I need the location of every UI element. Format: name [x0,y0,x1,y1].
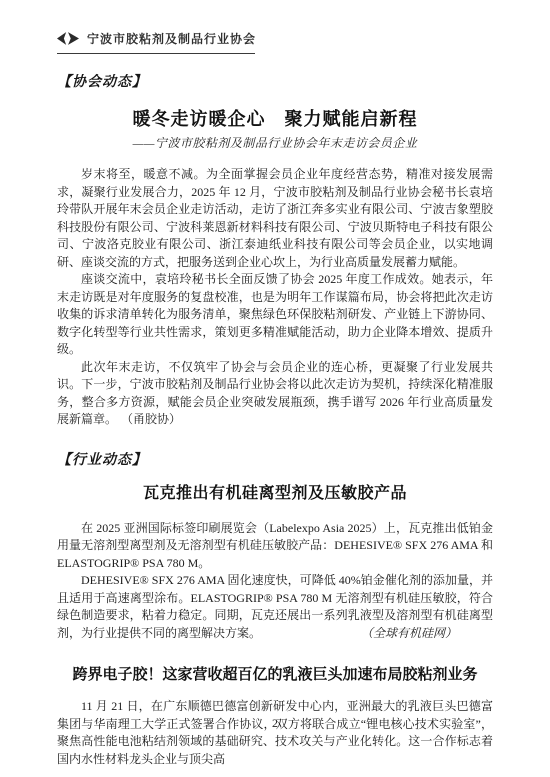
article2-attribution: （全球有机硅网） [361,625,457,643]
article1-paragraph-2: 座谈交流中，袁培玲秘书长全面反馈了协会 2025 年度工作成效。她表示，年末走访… [57,271,493,359]
article3-body: 11 月 21 日，在广东顺德巴德富创新研发中心内，亚洲最大的乳液巨头巴德富集团… [57,698,493,768]
header-masthead: 宁波市胶粘剂及制品行业协会 [57,30,255,54]
article1-subtitle: ——宁波市胶粘剂及制品行业协会年末走访会员企业 [57,135,493,151]
article1-title: 暖冬走访暖企心 聚力赋能启新程 [57,107,493,131]
section-marker-industry-news: 【行业动态】 [57,449,493,469]
article2-paragraph-2: DEHESIVE® SFX 276 AMA 固化速度快，可降低 40%铂金催化剂… [57,572,493,642]
newsletter-page: 宁波市胶粘剂及制品行业协会 【协会动态】 暖冬走访暖企心 聚力赋能启新程 ——宁… [0,0,550,768]
article3-title: 跨界电子胶！这家营收超百亿的乳液巨头加速布局胶粘剂业务 [57,664,493,686]
article1-attribution: （甬胶协） [127,412,181,426]
article2-title: 瓦克推出有机硅离型剂及压敏胶产品 [57,483,493,505]
page-number: 2 [0,716,550,731]
article1-paragraph-3: 此次年末走访，不仅筑牢了协会与会员企业的连心桥，更凝聚了行业发展共识。下一步，宁… [57,359,493,429]
section-marker-association-news: 【协会动态】 [57,71,493,91]
article1-paragraph-3-text: 此次年末走访，不仅筑牢了协会与会员企业的连心桥，更凝聚了行业发展共识。下一步，宁… [57,360,493,427]
article2-body: 在 2025 亚洲国际标签印刷展览会（Labelexpo Asia 2025）上… [57,520,493,643]
association-logo-icon [57,32,79,45]
article1-paragraph-1: 岁末将至，暖意不减。为全面掌握会员企业年度经营态势，精准对接发展需求，凝聚行业发… [57,166,493,271]
article1-body: 岁末将至，暖意不减。为全面掌握会员企业年度经营态势，精准对接发展需求，凝聚行业发… [57,166,493,429]
page-header: 宁波市胶粘剂及制品行业协会 [57,30,493,54]
article3-paragraph-1: 11 月 21 日，在广东顺德巴德富创新研发中心内，亚洲最大的乳液巨头巴德富集团… [57,698,493,768]
article2-paragraph-1: 在 2025 亚洲国际标签印刷展览会（Labelexpo Asia 2025）上… [57,520,493,573]
org-name: 宁波市胶粘剂及制品行业协会 [87,30,256,47]
